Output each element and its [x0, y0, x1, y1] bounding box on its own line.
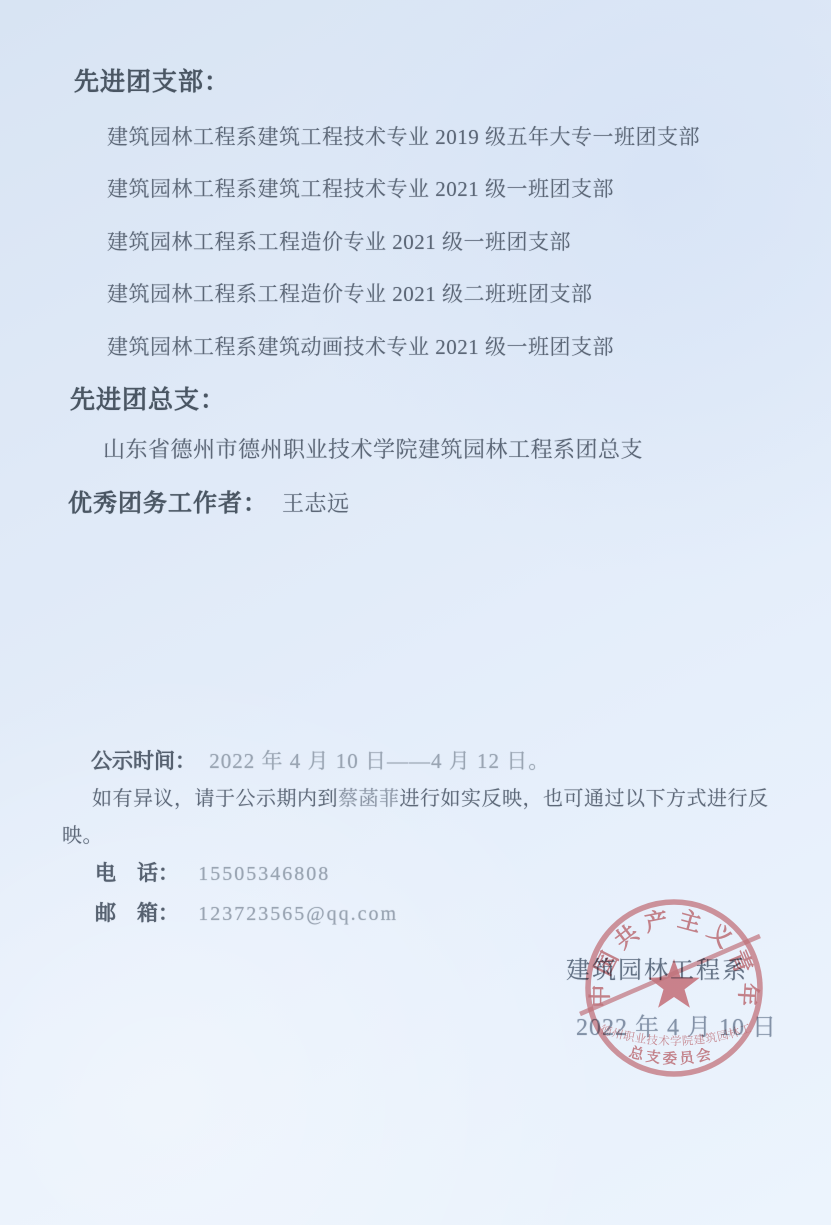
publicity-time-label: 公示时间：: [91, 749, 196, 773]
branch-list-item: 建筑园林工程系建筑动画技术专业 2021 级一班团支部: [107, 331, 614, 361]
scanned-document-page: 先进团支部： 建筑园林工程系建筑工程技术专业 2019 级五年大专一班团支部 建…: [0, 0, 831, 1225]
signature-date: 2022 年 4 月 10 日: [576, 1007, 777, 1042]
email-label: 邮 箱：: [95, 901, 179, 925]
outstanding-worker-line: 优秀团务工作者： 王志远: [68, 483, 350, 518]
phone-line: 电 话： 15505346808: [95, 857, 330, 887]
advanced-branches-heading: 先进团支部：: [74, 62, 230, 98]
branch-list-item: 建筑园林工程系工程造价专业 2021 级二班班团支部: [107, 278, 593, 308]
branch-list-item: 建筑园林工程系建筑工程技术专业 2021 级一班团支部: [107, 173, 614, 203]
outstanding-worker-name: 王志远: [282, 491, 350, 516]
objection-contact-name: 蔡菡菲: [338, 788, 400, 810]
general-branch-heading: 先进团总支：: [70, 380, 226, 416]
general-branch-name: 山东省德州市德州职业技术学院建筑园林工程系团总支: [103, 433, 643, 464]
publicity-time-value: 2022 年 4 月 10 日——4 月 12 日。: [209, 749, 550, 773]
email-line: 邮 箱： 123723565@qq.com: [95, 897, 398, 927]
email-value: 123723565@qq.com: [198, 903, 398, 925]
phone-value: 15505346808: [198, 863, 330, 885]
phone-label: 电 话：: [95, 861, 179, 885]
objection-text-prefix: 如有异议，请于公示期内到: [92, 788, 338, 810]
objection-paragraph: 如有异议，请于公示期内到蔡菡菲进行如实反映，也可通过以下方式进行反映。: [62, 781, 778, 855]
publicity-time-line: 公示时间： 2022 年 4 月 10 日——4 月 12 日。: [91, 745, 550, 775]
branch-list-item: 建筑园林工程系工程造价专业 2021 级一班团支部: [107, 226, 571, 256]
official-seal-stamp: 中国共产主义青年团 德州职业技术学院建筑园林工程系 总支委员会: [566, 882, 786, 1102]
signature-department: 建筑园林工程系: [566, 950, 748, 985]
outstanding-worker-label: 优秀团务工作者：: [68, 490, 268, 517]
branch-list-item: 建筑园林工程系建筑工程技术专业 2019 级五年大专一班团支部: [107, 121, 700, 151]
